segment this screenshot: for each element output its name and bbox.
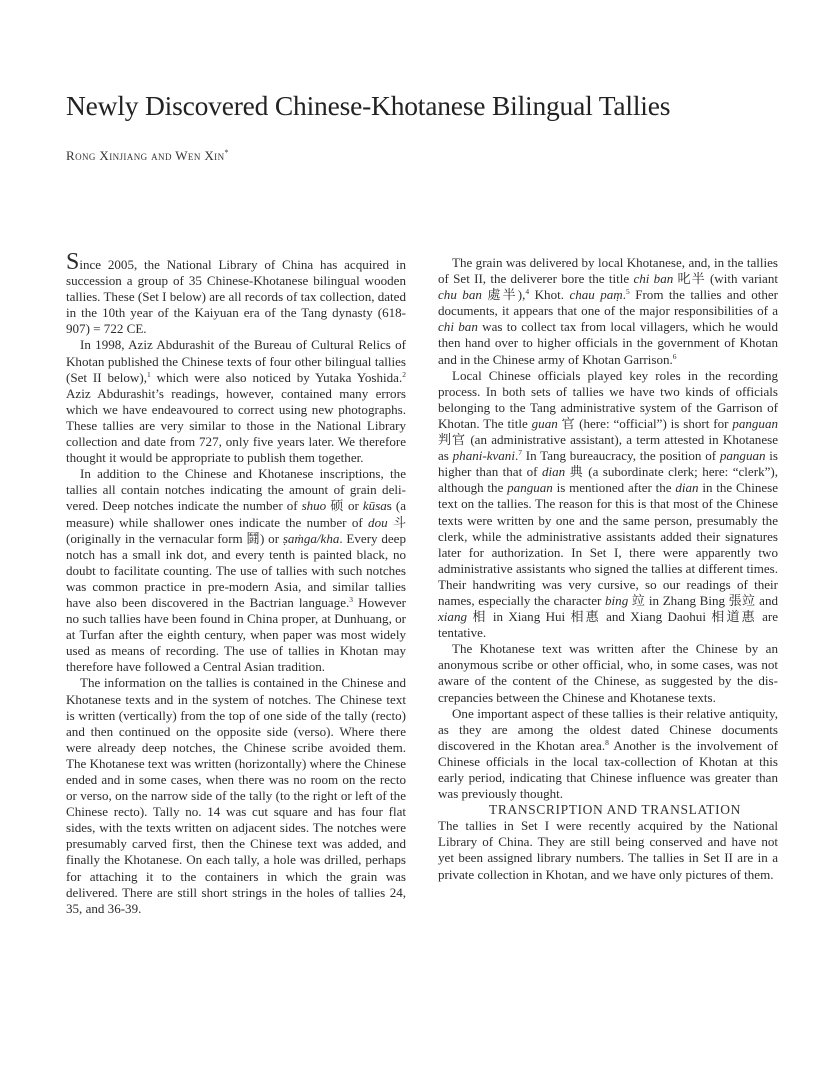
- footnote-ref[interactable]: 6: [673, 352, 677, 361]
- term-italic: shuo: [302, 498, 327, 513]
- term-italic: dian: [542, 464, 565, 479]
- article-authors: Rong Xinjiang and Wen Xin*: [66, 148, 229, 164]
- term-italic: xiang: [438, 609, 467, 624]
- drop-cap: S: [66, 249, 79, 275]
- paragraph-text: ince 2005, the National Library of China…: [66, 257, 406, 336]
- paragraph-officials: Local Chinese officials played key roles…: [438, 368, 778, 642]
- paragraph-text: 叱半 (with variant: [673, 271, 778, 286]
- term-italic: phani-kvani: [453, 448, 515, 463]
- term-italic: dou: [368, 515, 388, 530]
- paragraph-text: which were also noticed by Yutaka Yosh­i…: [151, 370, 403, 385]
- section-heading: TRANSCRIPTION AND TRANSLATION: [438, 802, 778, 818]
- paragraph-text: in the Chinese text on the tallies. The …: [438, 480, 778, 608]
- paragraph-set-description: The tallies in Set I were recently acqui…: [438, 818, 778, 882]
- right-column: The grain was delivered by local Khotane…: [438, 255, 778, 883]
- term-italic: chu ban: [438, 287, 482, 302]
- term-italic: panguan: [507, 480, 553, 495]
- term-italic: chi ban: [438, 319, 478, 334]
- paragraph-text: 竝 in Zhang Bing 張竝 and: [628, 593, 778, 608]
- term-italic: dian: [675, 480, 698, 495]
- paragraph-antiquity: One important aspect of these tallies is…: [438, 706, 778, 803]
- paragraph-text: Khot.: [529, 287, 569, 302]
- author-footnote-mark: *: [224, 148, 228, 157]
- term-italic: ṣaṁga/kha: [283, 531, 340, 546]
- paragraph-text: Aziz Abdurashit’s readings, however, con…: [66, 386, 406, 465]
- paragraph-information: The information on the tallies is contai…: [66, 675, 406, 916]
- paragraph-text: 硕 or: [326, 498, 363, 513]
- paragraph-text: 官 (here: “official”) is short for: [558, 416, 733, 431]
- paragraph-notches: In addition to the Chinese and Khotanese…: [66, 466, 406, 675]
- paragraph-set-ii: In 1998, Aziz Abdurashit of the Bureau o…: [66, 337, 406, 466]
- paragraph-text: was to collect tax from local villagers,…: [438, 319, 778, 366]
- paragraph-grain-delivery: The grain was delivered by local Khotane…: [438, 255, 778, 368]
- paragraph-text: 相 in Xiang Hui 相惠 and Xiang Daohui 相道惠 a…: [438, 609, 778, 640]
- term-italic: guan: [532, 416, 558, 431]
- term-italic: chau paṃ: [569, 287, 622, 302]
- term-italic: kūsa: [363, 498, 387, 513]
- paragraph-text: is mentioned after the: [553, 480, 676, 495]
- term-italic: bing: [605, 593, 628, 608]
- article-title: Newly Discovered Chinese-Khotanese Bilin…: [66, 88, 786, 124]
- term-italic: chi ban: [633, 271, 673, 286]
- author-names: Rong Xinjiang and Wen Xin: [66, 148, 224, 163]
- footnote-ref[interactable]: 2: [402, 370, 406, 379]
- paragraph-text: In Tang bureaucracy, the position of: [522, 448, 720, 463]
- left-column: Since 2005, the National Library of Chin…: [66, 255, 406, 917]
- paragraph-text: 處半),: [482, 287, 526, 302]
- paragraph-intro: Since 2005, the National Library of Chin…: [66, 255, 406, 337]
- paragraph-khotanese-text: The Khotanese text was written after the…: [438, 641, 778, 705]
- term-italic: pan­guan: [732, 416, 778, 431]
- term-italic: panguan: [720, 448, 766, 463]
